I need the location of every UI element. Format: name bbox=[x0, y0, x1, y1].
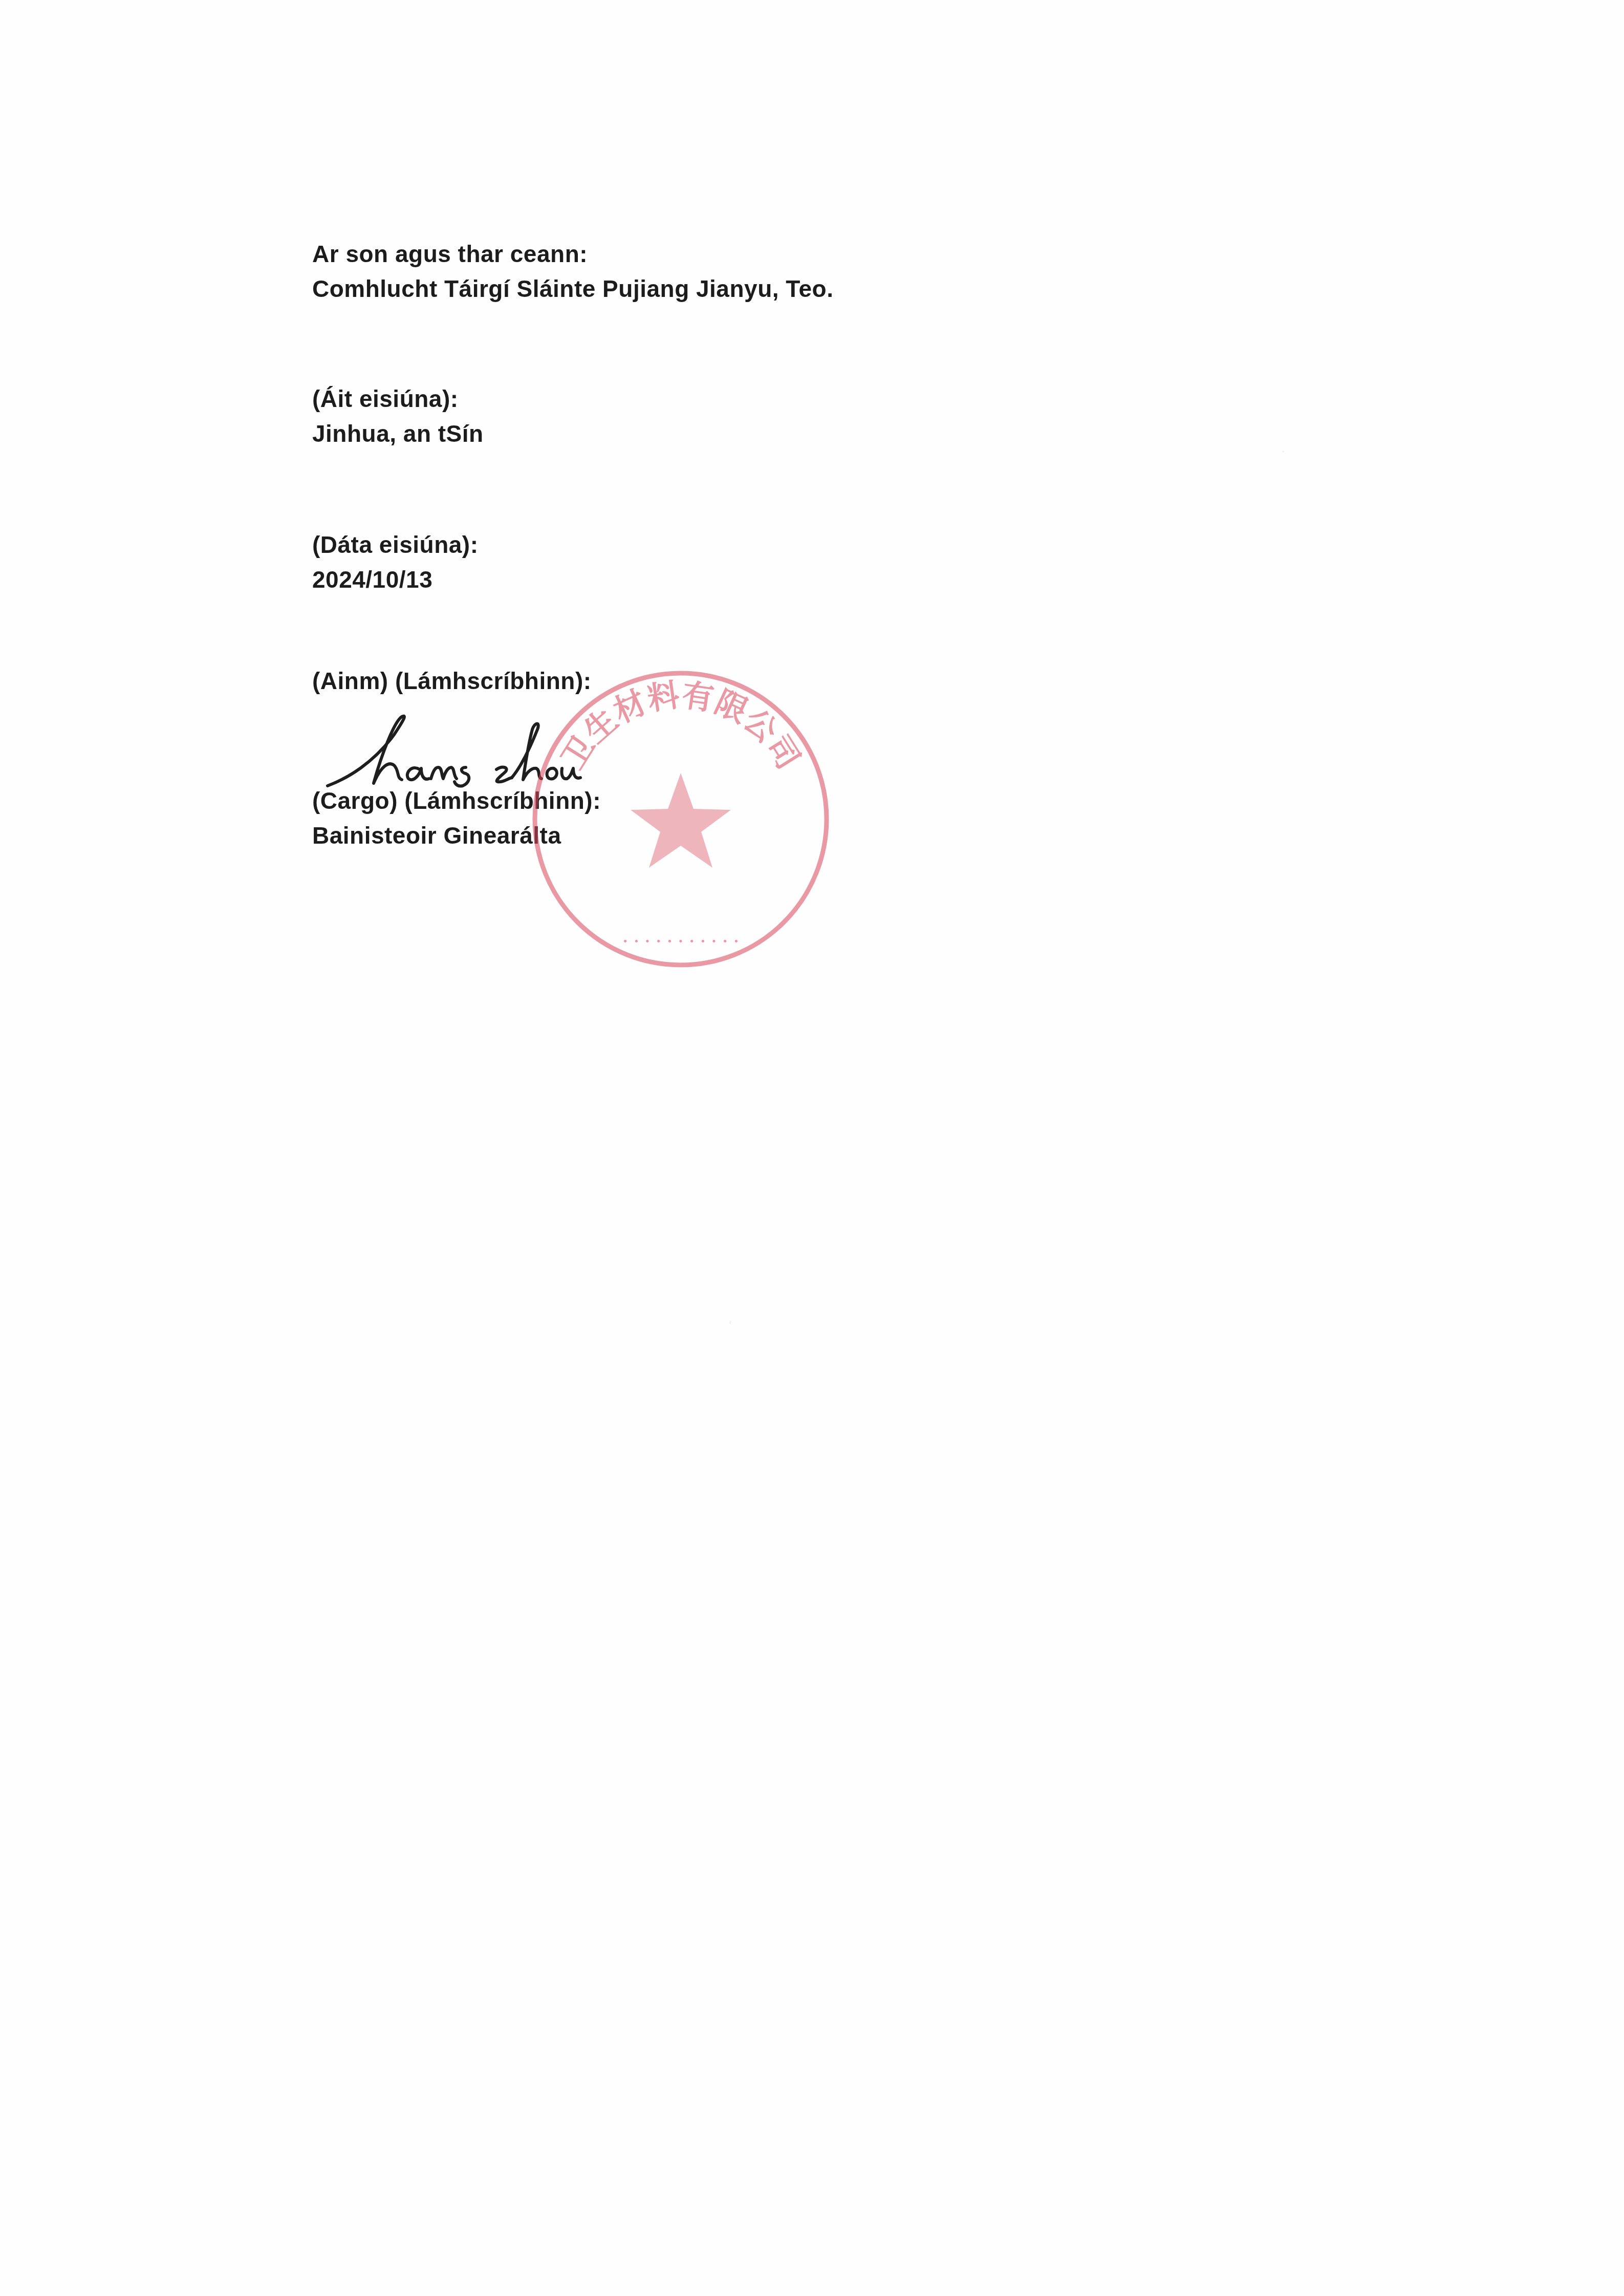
place-of-issue-value: Jinhua, an tSín bbox=[312, 416, 484, 451]
star-icon bbox=[631, 773, 731, 868]
scan-artifact bbox=[1282, 450, 1284, 453]
scan-artifact bbox=[729, 1321, 731, 1324]
role-value: Bainisteoir Ginearálta bbox=[312, 818, 601, 853]
on-behalf-block: Ar son agus thar ceann: Comhlucht Táirgí… bbox=[312, 237, 833, 306]
seal-arc-text: 卫生材料有限公司 bbox=[554, 676, 807, 776]
date-of-issue-value: 2024/10/13 bbox=[312, 562, 478, 597]
company-name: Comhlucht Táirgí Sláinte Pujiang Jianyu,… bbox=[312, 271, 833, 306]
handwritten-signature: hans zhou bbox=[317, 714, 583, 791]
role-block: (Cargo) (Lámhscríbhinn): Bainisteoir Gin… bbox=[312, 783, 601, 853]
on-behalf-label: Ar son agus thar ceann: bbox=[312, 237, 833, 271]
role-label: (Cargo) (Lámhscríbhinn): bbox=[312, 783, 601, 818]
document-page: Ar son agus thar ceann: Comhlucht Táirgí… bbox=[0, 0, 1624, 2296]
place-of-issue-label: (Áit eisiúna): bbox=[312, 381, 484, 416]
date-of-issue-block: (Dáta eisiúna): 2024/10/13 bbox=[312, 527, 478, 597]
name-block: (Ainm) (Lámhscríbhinn): bbox=[312, 663, 592, 698]
date-of-issue-label: (Dáta eisiúna): bbox=[312, 527, 478, 562]
place-of-issue-block: (Áit eisiúna): Jinhua, an tSín bbox=[312, 381, 484, 451]
seal-registration-number: • • • • • • • • • • • bbox=[622, 936, 739, 947]
name-label: (Ainm) (Lámhscríbhinn): bbox=[312, 663, 592, 698]
